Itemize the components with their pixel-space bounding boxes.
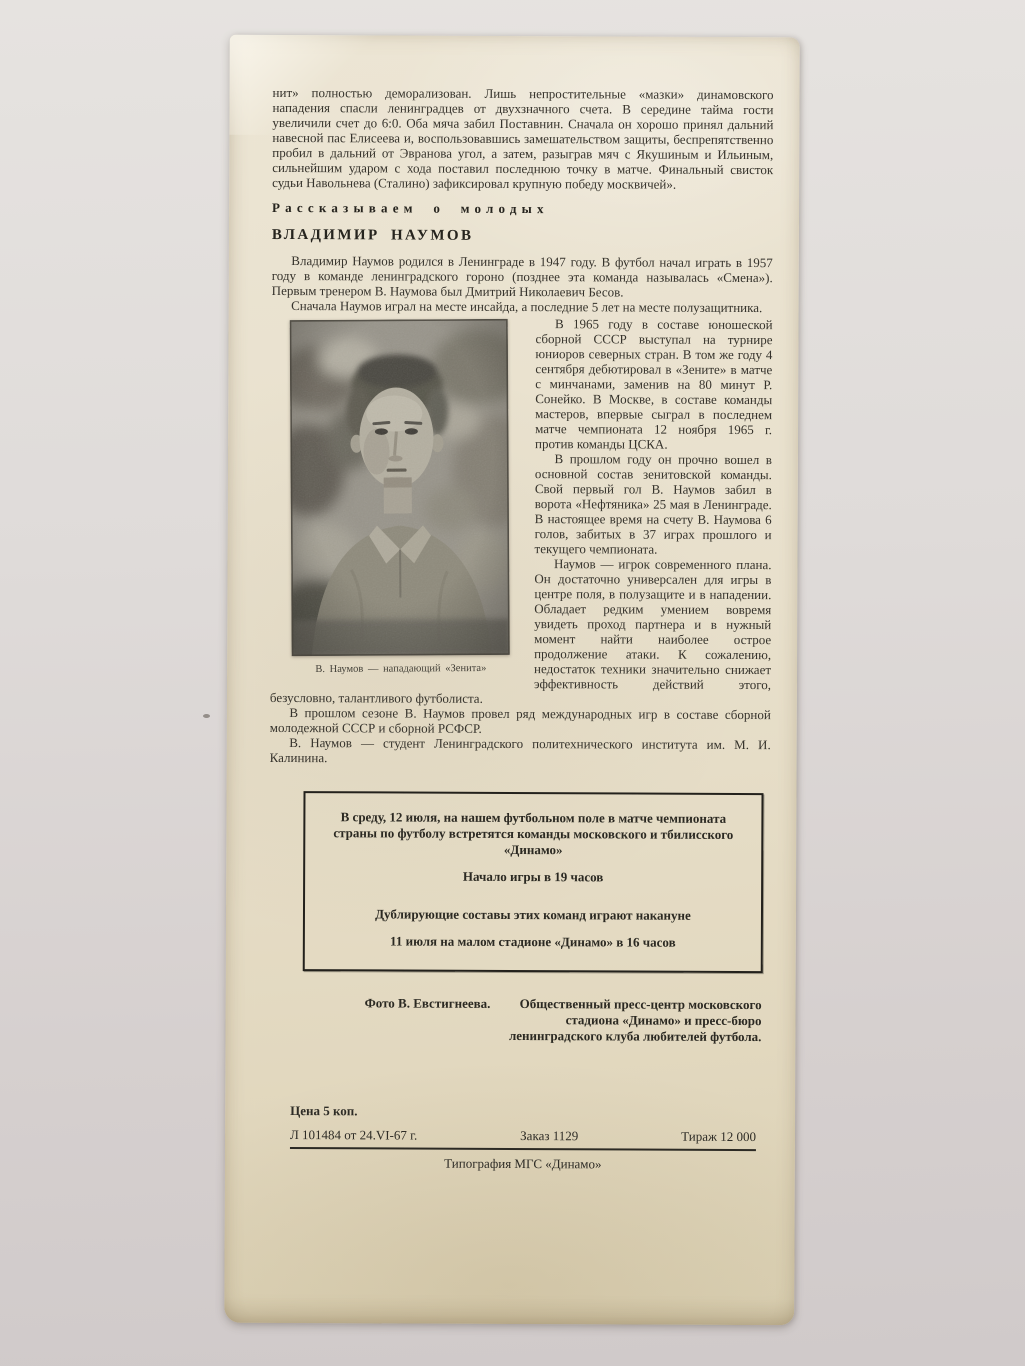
rubric-heading: Рассказываем о молодых — [272, 200, 773, 217]
printer-name: Типография МГС «Динамо» — [290, 1155, 756, 1172]
announcement-reserves-line1: Дублирующие составы этих команд играют н… — [329, 906, 737, 924]
order-number: Заказ 1129 — [520, 1128, 578, 1143]
portrait-image — [290, 319, 510, 656]
license-number: Л 101484 от 24.VI-67 г. — [290, 1127, 417, 1143]
intro-paragraph: Сначала Наумов играл на месте инсайда, а… — [272, 298, 773, 315]
body-paragraph: В прошлом сезоне В. Наумов провел ряд ме… — [270, 705, 771, 737]
feature-intro: Владимир Наумов родился в Ленинграде в 1… — [272, 253, 773, 315]
photo-caption: В. Наумов — нападающий «Зенита» — [292, 662, 510, 676]
intro-paragraph: Владимир Наумов родился в Ленинграде в 1… — [272, 253, 773, 300]
press-credit: Общественный пресс-центр московского ста… — [505, 996, 761, 1045]
imprint-block: Цена 5 коп. Л 101484 от 24.VI-67 г. Зака… — [290, 1103, 756, 1172]
paper-sheet: нит» полностью деморализован. Лишь непро… — [224, 35, 800, 1325]
feature-body: В. Наумов — нападающий «Зенита» В 1965 г… — [270, 315, 773, 767]
backdrop-speck — [203, 714, 210, 718]
portrait-photo: В. Наумов — нападающий «Зенита» — [290, 319, 510, 676]
imprint-row: Л 101484 от 24.VI-67 г. Заказ 1129 Тираж… — [290, 1127, 756, 1151]
article-continuation: нит» полностью деморализован. Лишь непро… — [272, 85, 773, 192]
feature-title: ВЛАДИМИР НАУМОВ — [272, 228, 773, 245]
announcement-kickoff: Начало игры в 19 часов — [329, 868, 737, 886]
announcement-box: В среду, 12 июля, на нашем футбольном по… — [303, 791, 764, 973]
announcement-match: В среду, 12 июля, на нашем футбольном по… — [329, 809, 737, 859]
body-paragraph: В. Наумов — студент Ленинградского полит… — [270, 735, 771, 767]
page-content: нит» полностью деморализован. Лишь непро… — [225, 35, 800, 1172]
photo-backdrop: нит» полностью деморализован. Лишь непро… — [0, 0, 1025, 1366]
photo-credit: Фото В. Евстигнеева. — [365, 995, 491, 1011]
announcement-reserves-line2: 11 июля на малом стадионе «Динамо» в 16 … — [329, 933, 737, 951]
credits-row: Фото В. Евстигнеева. Общественный пресс-… — [268, 995, 769, 1045]
price-label: Цена 5 коп. — [290, 1103, 756, 1120]
circulation: Тираж 12 000 — [681, 1129, 756, 1144]
